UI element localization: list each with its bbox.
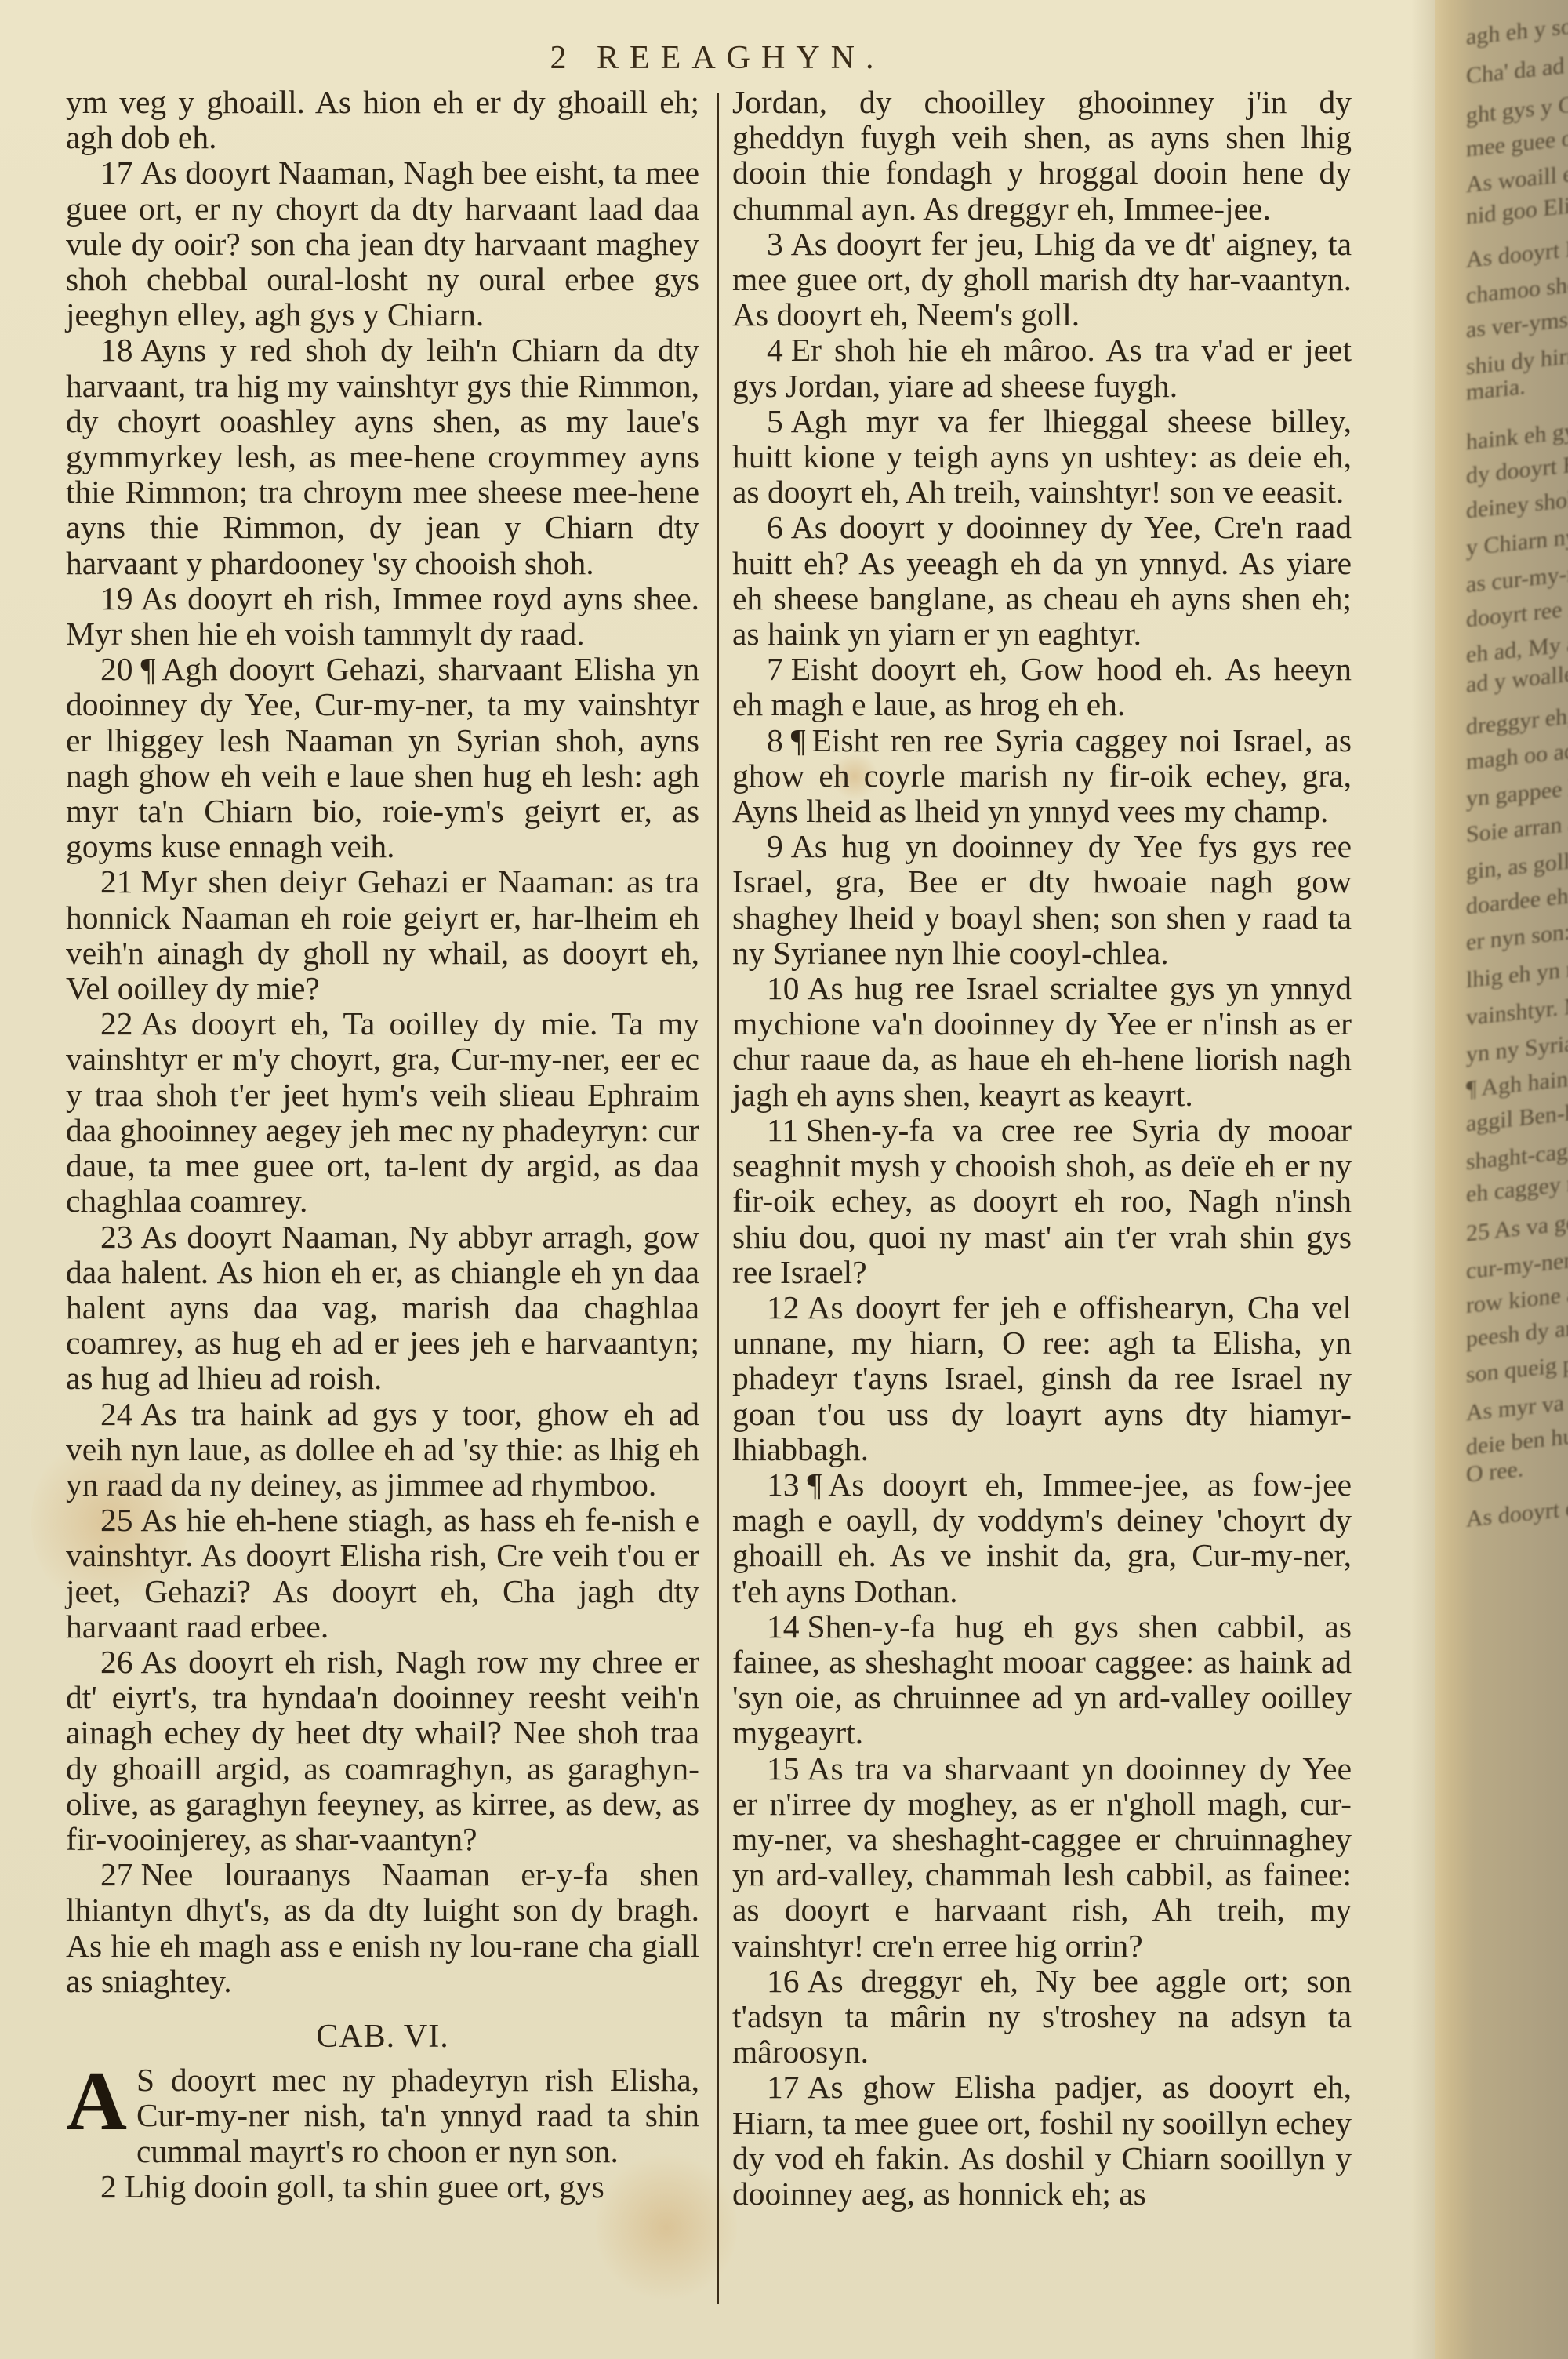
- verse-paragraph: Jordan, dy chooilley ghooinney j'in dy g…: [732, 85, 1352, 227]
- verse-paragraph: 17As ghow Elisha padjer, as dooyrt eh, H…: [732, 2070, 1352, 2212]
- pilcrow-mark: ¶: [141, 651, 156, 687]
- verse-text: As dooyrt eh, Ta ooilley dy mie. Ta my v…: [66, 1005, 699, 1219]
- facing-page-line: O ree.: [1466, 1456, 1523, 1488]
- verse-number: 23: [100, 1219, 133, 1255]
- facing-page-line: haink eh gys-kione tra v'ad er jeet: [1466, 396, 1568, 456]
- verse-paragraph: 5Agh myr va fer lhieggal sheese billey, …: [732, 404, 1352, 511]
- verse-number: 13: [767, 1467, 800, 1503]
- verse-paragraph: 14Shen-y-fa hug eh gys shen cabbil, as f…: [732, 1609, 1352, 1751]
- verse-paragraph: 8¶Eisht ren ree Syria caggey noi Israel,…: [732, 723, 1352, 830]
- verse-text: Shen-y-fa va cree ree Syria dy mooar sea…: [732, 1112, 1352, 1290]
- facing-page-line: maria.: [1466, 373, 1526, 406]
- verse-text: Er shoh hie eh mâroo. As tra v'ad er jee…: [732, 332, 1352, 403]
- verse-paragraph: 9As hug yn dooinney dy Yee fys gys ree I…: [732, 829, 1352, 971]
- verse-paragraph: 15As tra va sharvaant yn dooinney dy Yee…: [732, 1751, 1352, 1964]
- verse-paragraph: 4Er shoh hie eh mâroo. As tra v'ad er je…: [732, 333, 1352, 403]
- running-head: 2 REEAGHYN.: [0, 39, 1435, 77]
- chapter-heading: CAB. VI.: [66, 2019, 699, 2055]
- verse-number: 8: [767, 722, 783, 758]
- verse-text: As tra haink ad gys y toor, ghow eh ad v…: [66, 1396, 699, 1503]
- verse-paragraph: AS dooyrt mec ny phadeyryn rish Elisha, …: [66, 2063, 699, 2169]
- verse-paragraph: 26As dooyrt eh rish, Nagh row my chree e…: [66, 1645, 699, 1857]
- facing-page-line: As dooyrt eh, Mannagh: [1466, 1483, 1568, 1533]
- verse-text: As ghow Elisha padjer, as dooyrt eh, Hia…: [732, 2069, 1352, 2212]
- pilcrow-mark: ¶: [791, 722, 806, 758]
- verse-paragraph: 23As dooyrt Naaman, Ny abbyr arragh, gow…: [66, 1219, 699, 1397]
- verse-text: S dooyrt mec ny phadeyryn rish Elisha, C…: [136, 2062, 699, 2168]
- verse-paragraph: 6As dooyrt y dooinney dy Yee, Cre'n raad…: [732, 510, 1352, 652]
- verse-number: 6: [767, 509, 783, 545]
- verse-text: As dooyrt eh rish, Nagh row my chree er …: [66, 1644, 699, 1857]
- verse-paragraph: 20¶Agh dooyrt Gehazi, sharvaant Elisha y…: [66, 652, 699, 864]
- verse-paragraph: 19As dooyrt eh rish, Immee royd ayns she…: [66, 581, 699, 652]
- verse-text: As dooyrt fer jeh e offishearyn, Cha vel…: [732, 1289, 1352, 1467]
- verse-text: As hie eh-hene stiagh, as hass eh fe-nis…: [66, 1502, 699, 1645]
- verse-text: As dreggyr eh, Ny bee aggle ort; son t'a…: [732, 1963, 1352, 2070]
- verse-paragraph: 22As dooyrt eh, Ta ooilley dy mie. Ta my…: [66, 1006, 699, 1219]
- verse-number: 25: [100, 1502, 133, 1538]
- verse-text: Eisht ren ree Syria caggey noi Israel, a…: [732, 722, 1352, 829]
- verse-paragraph: 3As dooyrt fer jeu, Lhig da ve dt' aigne…: [732, 227, 1352, 333]
- verse-number: 16: [767, 1963, 800, 1999]
- book-page: 2 REEAGHYN. ym veg y ghoaill. As hion eh…: [0, 0, 1435, 2359]
- verse-number: 11: [767, 1112, 798, 1148]
- verse-text: Jordan, dy chooilley ghooinney j'in dy g…: [732, 84, 1352, 227]
- verse-text: As dooyrt eh, Immee-jee, as fow-jee magh…: [732, 1467, 1352, 1609]
- verse-number: 15: [767, 1750, 800, 1787]
- verse-paragraph: 27Nee louraanys Naaman er-y-fa shen lhia…: [66, 1857, 699, 1999]
- pilcrow-mark: ¶: [808, 1467, 822, 1503]
- verse-number: 2: [100, 2168, 117, 2205]
- verse-paragraph: 24As tra haink ad gys y toor, ghow eh ad…: [66, 1397, 699, 1503]
- verse-number: 18: [100, 332, 133, 368]
- verse-paragraph: 21Myr shen deiyr Gehazi er Naaman: as tr…: [66, 864, 699, 1006]
- verse-number: 21: [100, 863, 133, 900]
- drop-cap: A: [66, 2067, 127, 2136]
- verse-text: As dooyrt eh rish, Immee royd ayns shee.…: [66, 580, 699, 652]
- left-column: ym veg y ghoaill. As hion eh er dy ghoai…: [66, 85, 699, 2205]
- verse-text: Myr shen deiyr Gehazi er Naaman: as tra …: [66, 863, 699, 1006]
- verse-text: Agh dooyrt Gehazi, sharvaant Elisha yn d…: [66, 651, 699, 864]
- verse-text: As dooyrt fer jeu, Lhig da ve dt' aigney…: [732, 226, 1352, 333]
- verse-paragraph: 11Shen-y-fa va cree ree Syria dy mooar s…: [732, 1113, 1352, 1290]
- column-divider: [717, 93, 719, 2304]
- verse-paragraph: ym veg y ghoaill. As hion eh er dy ghoai…: [66, 85, 699, 155]
- verse-paragraph: 10As hug ree Israel scrialtee gys yn ynn…: [732, 971, 1352, 1113]
- verse-text: As dooyrt y dooinney dy Yee, Cre'n raad …: [732, 509, 1352, 652]
- verse-paragraph: 25As hie eh-hene stiagh, as hass eh fe-n…: [66, 1503, 699, 1645]
- verse-text: Nee louraanys Naaman er-y-fa shen lhiant…: [66, 1856, 699, 1999]
- verse-paragraph: 7Eisht dooyrt eh, Gow hood eh. As heeyn …: [732, 652, 1352, 722]
- verse-number: 12: [767, 1289, 800, 1325]
- verse-text: Agh myr va fer lhieggal sheese billey, h…: [732, 403, 1352, 510]
- verse-number: 14: [767, 1608, 800, 1645]
- verse-number: 20: [100, 651, 133, 687]
- verse-text: Lhig dooin goll, ta shin guee ort, gys: [125, 2168, 604, 2205]
- verse-number: 17: [767, 2069, 800, 2105]
- verse-number: 7: [767, 651, 783, 687]
- verse-number: 27: [100, 1856, 133, 1892]
- verse-number: 22: [100, 1005, 133, 1041]
- verse-text: ym veg y ghoaill. As hion eh er dy ghoai…: [66, 84, 699, 155]
- verse-text: As hug yn dooinney dy Yee fys gys ree Is…: [732, 828, 1352, 971]
- verse-text: Eisht dooyrt eh, Gow hood eh. As heeyn e…: [732, 651, 1352, 722]
- verse-paragraph: 18Ayns y red shoh dy leih'n Chiarn da dt…: [66, 333, 699, 580]
- verse-text: Ayns y red shoh dy leih'n Chiarn da dty …: [66, 332, 699, 580]
- verse-number: 17: [100, 154, 133, 191]
- verse-number: 24: [100, 1396, 133, 1432]
- verse-paragraph: 12As dooyrt fer jeh e offishearyn, Cha v…: [732, 1290, 1352, 1467]
- verse-number: 4: [767, 332, 783, 368]
- facing-page-edge: agh eh y sooilleyCha' da ad noo huggeygh…: [1435, 0, 1568, 2359]
- verse-number: 10: [767, 970, 800, 1006]
- verse-text: As tra va sharvaant yn dooinney dy Yee e…: [732, 1750, 1352, 1964]
- verse-text: As hug ree Israel scrialtee gys yn ynnyd…: [732, 970, 1352, 1113]
- verse-paragraph: 2Lhig dooin goll, ta shin guee ort, gys: [66, 2169, 699, 2205]
- verse-paragraph: 16As dreggyr eh, Ny bee aggle ort; son t…: [732, 1964, 1352, 2070]
- verse-number: 5: [767, 403, 783, 439]
- verse-number: 9: [767, 828, 783, 864]
- verse-number: 3: [767, 226, 783, 262]
- right-column: Jordan, dy chooilley ghooinney j'in dy g…: [732, 85, 1352, 2212]
- verse-number: 19: [100, 580, 133, 616]
- verse-text: Shen-y-fa hug eh gys shen cabbil, as fai…: [732, 1608, 1352, 1751]
- verse-text: As dooyrt Naaman, Ny abbyr arragh, gow d…: [66, 1219, 699, 1397]
- facing-page-line: agh eh y sooilley: [1466, 7, 1568, 50]
- verse-number: 26: [100, 1644, 133, 1680]
- verse-text: As dooyrt Naaman, Nagh bee eisht, ta mee…: [66, 154, 699, 333]
- verse-paragraph: 13¶As dooyrt eh, Immee-jee, as fow-jee m…: [732, 1467, 1352, 1609]
- verse-paragraph: 17As dooyrt Naaman, Nagh bee eisht, ta m…: [66, 155, 699, 333]
